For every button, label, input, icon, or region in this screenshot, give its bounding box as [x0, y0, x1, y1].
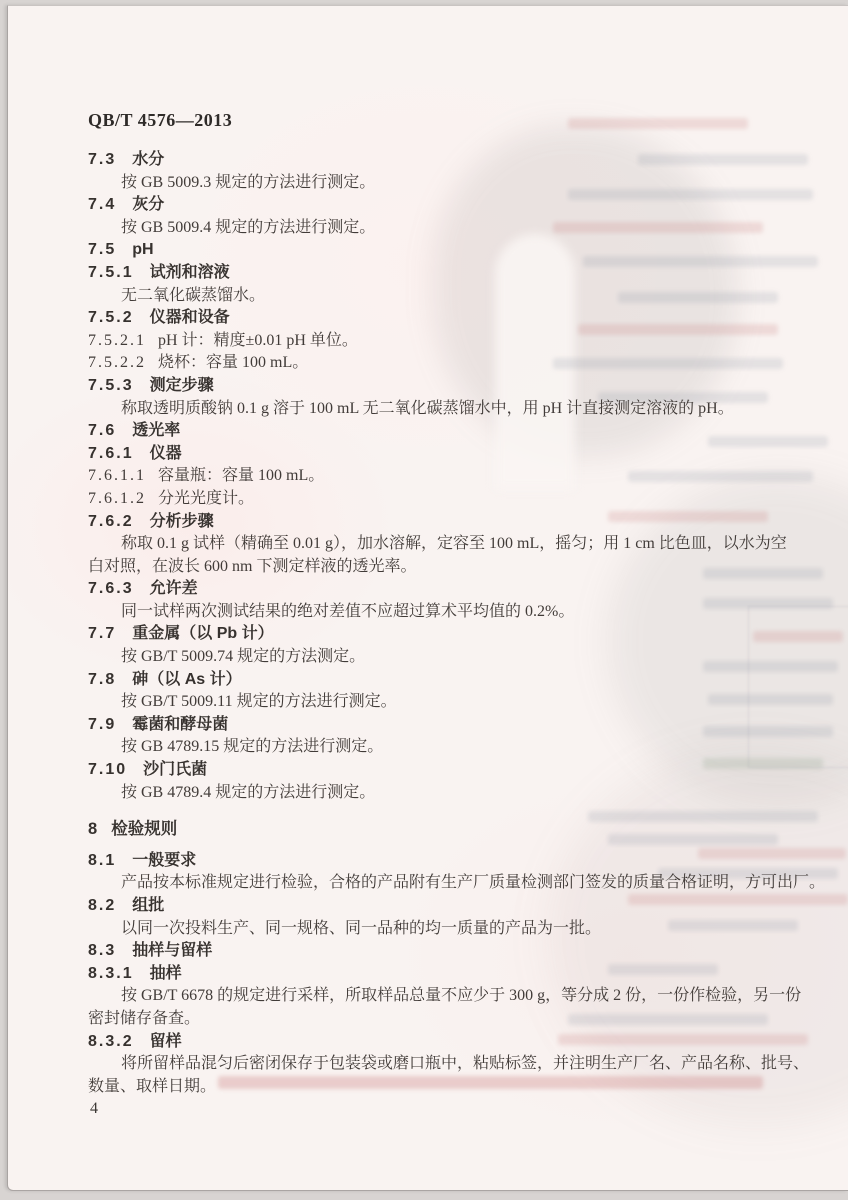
clause-heading: 8.3.1抽样	[88, 963, 792, 986]
line-text: 砷（以 As 计）	[132, 671, 241, 688]
clause-heading: 7.6.1仪器	[88, 443, 792, 466]
clause-heading: 7.3水分	[88, 149, 792, 172]
line-text: 按 GB/T 5009.11 规定的方法进行测定。	[121, 693, 397, 710]
line-text: 产品按本标准规定进行检验，合格的产品附有生产厂质量检测部门签发的质量合格证明，方…	[121, 874, 825, 891]
clause-heading: 7.6透光率	[88, 420, 792, 443]
line-text: 按 GB/T 5009.74 规定的方法测定。	[121, 648, 365, 665]
standard-number-header: QB/T 4576—2013	[88, 110, 792, 131]
line-text: 霉菌和酵母菌	[132, 716, 228, 733]
body-text-line: 密封储存备查。	[88, 1008, 792, 1031]
body-text-line: 按 GB 4789.15 规定的方法进行测定。	[88, 736, 792, 759]
line-text: 数量、取样日期。	[88, 1078, 216, 1095]
clause-heading: 7.6.2分析步骤	[88, 511, 792, 534]
line-text: pH	[132, 241, 153, 258]
clause-number: 7.10	[88, 759, 127, 782]
line-text: 透光率	[132, 422, 180, 439]
paper-sheet: QB/T 4576—2013 7.3水分按 GB 5009.3 规定的方法进行测…	[7, 5, 848, 1191]
line-text: 按 GB 4789.4 规定的方法进行测定。	[121, 784, 375, 801]
line-text: 检验规则	[111, 820, 177, 838]
line-text: 以同一次投料生产、同一规格、同一品种的均一质量的产品为一批。	[121, 920, 601, 937]
line-text: 容量瓶：容量 100 mL。	[158, 467, 324, 484]
body-text-line: 同一试样两次测试结果的绝对差值不应超过算术平均值的 0.2%。	[88, 601, 792, 624]
clause-number: 8.3.1	[88, 963, 134, 986]
clause-heading: 8.1一般要求	[88, 850, 792, 873]
body-text-line: 称取透明质酸钠 0.1 g 溶于 100 mL 无二氧化碳蒸馏水中，用 pH 计…	[88, 398, 792, 421]
line-text: 白对照，在波长 600 nm 下测定样液的透光率。	[88, 558, 416, 575]
clause-number: 7.6	[88, 420, 116, 443]
clause-number: 7.6.1.2	[88, 488, 146, 511]
clause-number: 7.5.2.1	[88, 330, 146, 353]
clause-heading: 7.7重金属（以 Pb 计）	[88, 623, 792, 646]
clause-number: 7.6.3	[88, 578, 134, 601]
line-text: 按 GB/T 6678 的规定进行采样，所取样品总量不应少于 300 g，等分成…	[121, 987, 801, 1004]
line-text: 试剂和溶液	[150, 264, 230, 281]
line-text: 抽样与留样	[132, 942, 212, 959]
scanned-document: QB/T 4576—2013 7.3水分按 GB 5009.3 规定的方法进行测…	[0, 0, 848, 1200]
line-text: 称取 0.1 g 试样（精确至 0.01 g），加水溶解，定容至 100 mL，…	[121, 535, 787, 552]
clause-number: 7.5.1	[88, 262, 134, 285]
line-text: 密封储存备查。	[88, 1010, 200, 1027]
clause-number: 7.9	[88, 714, 116, 737]
body-text-line: 7.6.1.2分光光度计。	[88, 488, 792, 511]
line-text: 按 GB 4789.15 规定的方法进行测定。	[121, 738, 383, 755]
clause-number: 8.1	[88, 850, 116, 873]
line-text: 仪器	[150, 445, 182, 462]
body-text-line: 将所留样品混匀后密闭保存于包装袋或磨口瓶中，粘贴标签，并注明生产厂名、产品名称、…	[88, 1053, 792, 1076]
body-text-line: 按 GB/T 5009.74 规定的方法测定。	[88, 646, 792, 669]
line-text: 灰分	[132, 196, 164, 213]
line-text: 同一试样两次测试结果的绝对差值不应超过算术平均值的 0.2%。	[121, 603, 574, 620]
clause-number: 7.5.3	[88, 375, 134, 398]
clause-heading: 7.5.3测定步骤	[88, 375, 792, 398]
clause-number: 7.7	[88, 623, 116, 646]
body-text-line: 按 GB/T 6678 的规定进行采样，所取样品总量不应少于 300 g，等分成…	[88, 985, 792, 1008]
clause-number: 8.3.2	[88, 1031, 134, 1054]
line-text: 烧杯：容量 100 mL。	[158, 354, 308, 371]
body-text-line: 7.5.2.2烧杯：容量 100 mL。	[88, 352, 792, 375]
chapter-heading: 8检验规则	[88, 818, 792, 841]
clause-number: 7.6.2	[88, 511, 134, 534]
body-text-line: 称取 0.1 g 试样（精确至 0.01 g），加水溶解，定容至 100 mL，…	[88, 533, 792, 556]
body-text-line: 以同一次投料生产、同一规格、同一品种的均一质量的产品为一批。	[88, 918, 792, 941]
body-text-line: 白对照，在波长 600 nm 下测定样液的透光率。	[88, 556, 792, 579]
clause-number: 7.8	[88, 669, 116, 692]
line-text: 组批	[132, 897, 164, 914]
line-text: 测定步骤	[150, 377, 214, 394]
body-text-line: 产品按本标准规定进行检验，合格的产品附有生产厂质量检测部门签发的质量合格证明，方…	[88, 872, 792, 895]
body-text-line: 按 GB/T 5009.11 规定的方法进行测定。	[88, 691, 792, 714]
line-text: 水分	[132, 151, 164, 168]
clause-heading: 7.5pH	[88, 239, 792, 262]
line-text: 将所留样品混匀后密闭保存于包装袋或磨口瓶中，粘贴标签，并注明生产厂名、产品名称、…	[121, 1055, 809, 1072]
line-text: pH 计：精度±0.01 pH 单位。	[158, 332, 358, 349]
clause-heading: 7.6.3允许差	[88, 578, 792, 601]
clause-number: 8	[88, 818, 97, 841]
clause-number: 8.2	[88, 895, 116, 918]
line-text: 称取透明质酸钠 0.1 g 溶于 100 mL 无二氧化碳蒸馏水中，用 pH 计…	[121, 400, 734, 417]
clause-heading: 7.10沙门氏菌	[88, 759, 792, 782]
body-text-line: 7.5.2.1pH 计：精度±0.01 pH 单位。	[88, 330, 792, 353]
line-text: 无二氧化碳蒸馏水。	[121, 287, 265, 304]
line-text: 按 GB 5009.3 规定的方法进行测定。	[121, 174, 375, 191]
clause-heading: 8.3.2留样	[88, 1031, 792, 1054]
clause-number: 7.6.1	[88, 443, 134, 466]
document-body: QB/T 4576—2013 7.3水分按 GB 5009.3 规定的方法进行测…	[8, 6, 848, 1098]
body-text-line: 7.6.1.1容量瓶：容量 100 mL。	[88, 465, 792, 488]
line-text: 抽样	[150, 965, 182, 982]
body-text-line: 按 GB 5009.3 规定的方法进行测定。	[88, 172, 792, 195]
line-text: 按 GB 5009.4 规定的方法进行测定。	[121, 219, 375, 236]
line-text: 一般要求	[132, 852, 196, 869]
body-text-line: 按 GB 5009.4 规定的方法进行测定。	[88, 217, 792, 240]
clause-heading: 7.4灰分	[88, 194, 792, 217]
line-text: 留样	[150, 1033, 182, 1050]
clause-heading: 7.5.1试剂和溶液	[88, 262, 792, 285]
clause-number: 8.3	[88, 940, 116, 963]
clause-heading: 7.8砷（以 As 计）	[88, 669, 792, 692]
clause-heading: 8.2组批	[88, 895, 792, 918]
clause-number: 7.5.2.2	[88, 352, 146, 375]
clause-number: 7.5.2	[88, 307, 134, 330]
line-text: 重金属（以 Pb 计）	[132, 625, 273, 642]
clause-number: 7.6.1.1	[88, 465, 146, 488]
clause-heading: 7.5.2仪器和设备	[88, 307, 792, 330]
clause-number: 7.3	[88, 149, 116, 172]
clause-number: 7.5	[88, 239, 116, 262]
line-text: 分光光度计。	[158, 490, 254, 507]
line-text: 仪器和设备	[150, 309, 230, 326]
body-text-line: 数量、取样日期。	[88, 1076, 792, 1099]
body-text-line: 无二氧化碳蒸馏水。	[88, 285, 792, 308]
clause-heading: 7.9霉菌和酵母菌	[88, 714, 792, 737]
body-text-line: 按 GB 4789.4 规定的方法进行测定。	[88, 782, 792, 805]
line-text: 允许差	[150, 580, 198, 597]
clause-heading: 8.3抽样与留样	[88, 940, 792, 963]
line-text: 分析步骤	[150, 513, 214, 530]
page-number: 4	[90, 1100, 98, 1118]
line-text: 沙门氏菌	[143, 761, 207, 778]
clause-number: 7.4	[88, 194, 116, 217]
